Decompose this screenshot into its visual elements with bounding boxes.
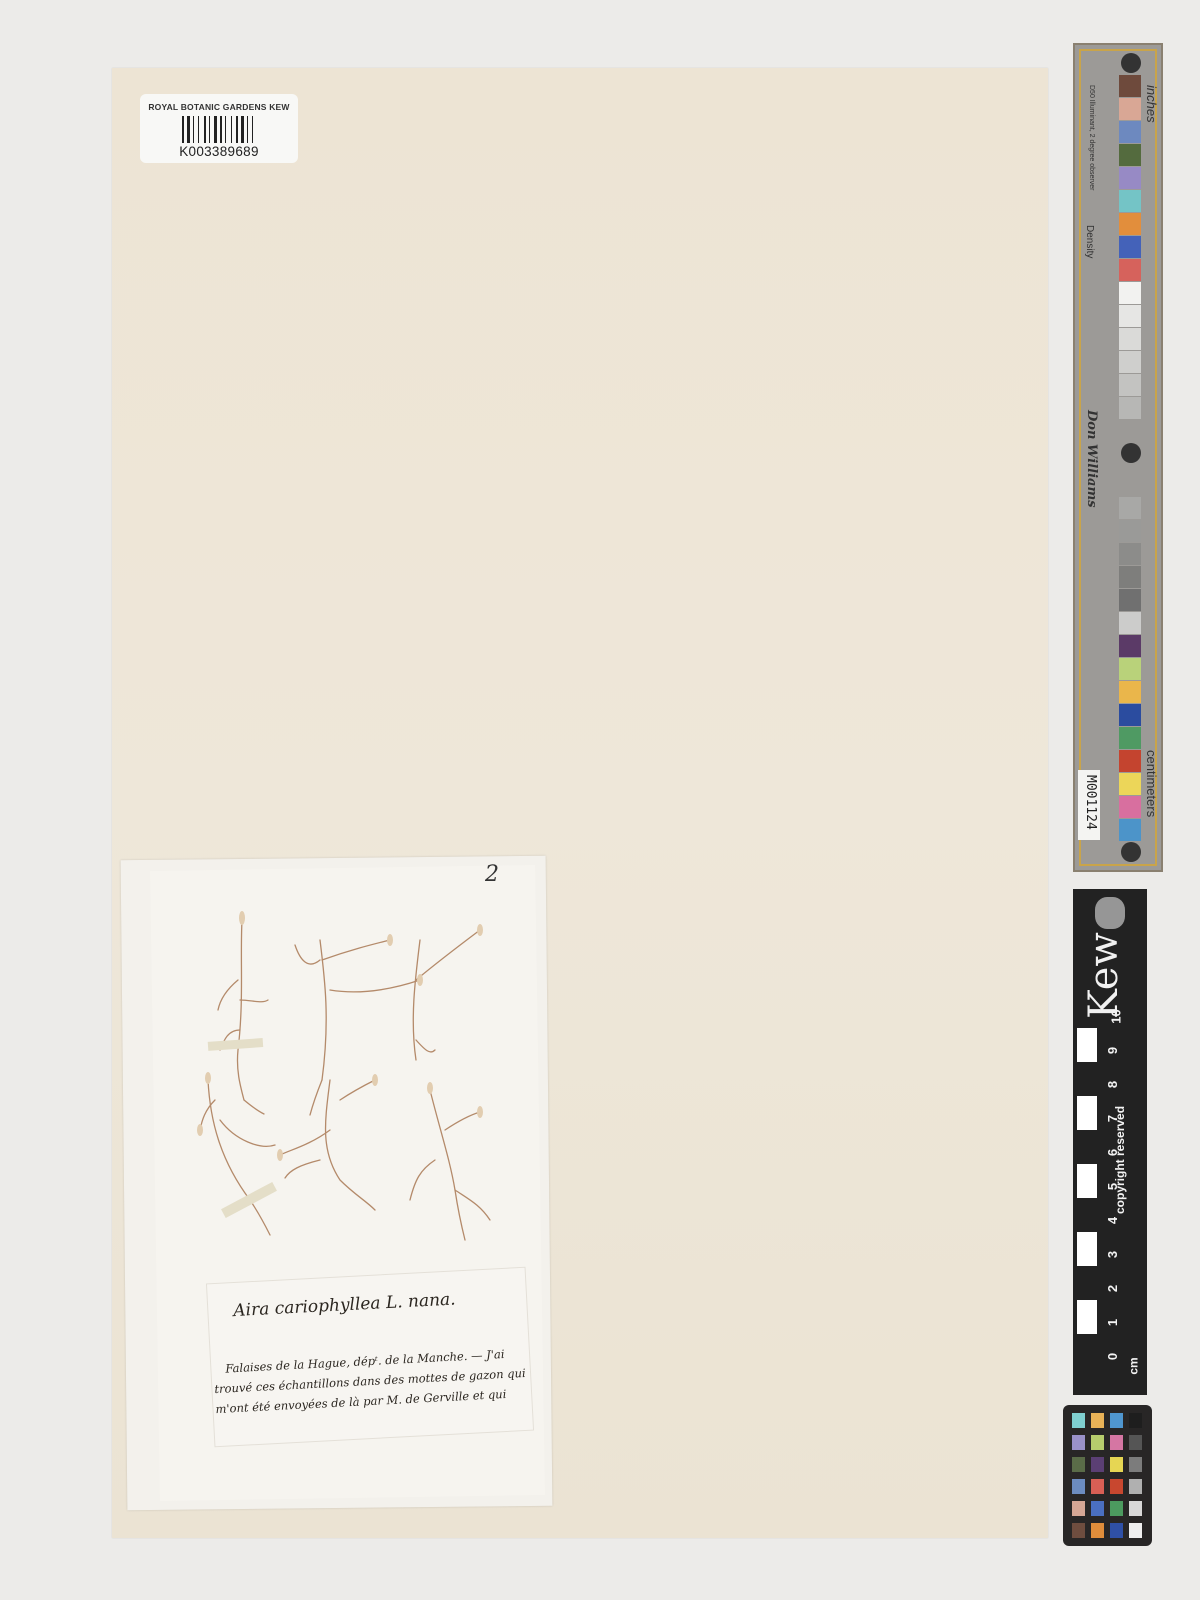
barcode-icon [167,116,271,143]
color-chip [1110,1435,1123,1450]
ruler-color-swatch [1119,727,1141,749]
cm-tick-label: 9 [1105,1047,1120,1054]
color-chip [1072,1435,1085,1450]
ruler-color-swatch [1119,305,1141,327]
density-label: Density [1084,225,1095,258]
ruler-color-swatch [1119,589,1141,611]
color-chip [1072,1457,1085,1472]
inches-label: inches [1144,85,1159,123]
color-chip [1129,1501,1142,1516]
ruler-color-swatch [1119,328,1141,350]
cm-tick-label: 4 [1105,1217,1120,1224]
ruler-color-swatch [1119,635,1141,657]
ruler-color-swatch [1119,704,1141,726]
ruler-id-tag: M001124 [1078,770,1100,840]
color-chip [1091,1501,1104,1516]
ruler-color-swatch [1119,144,1141,166]
ruler-color-swatch [1119,612,1141,634]
ruler-color-swatch [1119,121,1141,143]
color-chip [1072,1523,1085,1538]
ruler-color-swatch [1119,819,1141,841]
color-chip [1110,1501,1123,1516]
color-chip [1091,1413,1104,1428]
ruler-color-swatch [1119,213,1141,235]
color-chip [1110,1413,1123,1428]
ruler-color-swatch [1119,796,1141,818]
cm-tick-label: 10 [1109,1009,1124,1023]
kew-scale-bar: Kew copyright reserved 012345678910 cm [1073,889,1147,1395]
ruler-color-swatch [1119,374,1141,396]
color-chip [1091,1523,1104,1538]
ruler-color-swatch [1119,773,1141,795]
color-chip [1072,1501,1085,1516]
institution-name: ROYAL BOTANIC GARDENS KEW [140,102,298,112]
ruler-color-swatch [1119,282,1141,304]
color-chip [1072,1413,1085,1428]
ruler-color-swatch [1119,75,1141,97]
color-chip [1129,1523,1142,1538]
sheet-number: 2 [485,862,499,887]
color-chip [1129,1413,1142,1428]
color-chip [1129,1457,1142,1472]
kew-crest-icon [1095,897,1125,929]
ruler-hole-icon [1121,53,1141,73]
ruler-color-swatch [1119,236,1141,258]
color-chip [1072,1479,1085,1494]
centimeters-label: centimeters [1144,750,1159,817]
color-checker-card [1063,1405,1152,1546]
ruler-color-swatch [1119,658,1141,680]
color-chip [1091,1457,1104,1472]
barcode-number: K003389689 [140,144,298,159]
cm-tick-label: 2 [1105,1285,1120,1292]
ruler-color-swatch [1119,681,1141,703]
color-chip [1129,1479,1142,1494]
ruler-color-swatch [1119,566,1141,588]
ruler-color-swatch [1119,190,1141,212]
color-density-ruler: inches centimeters Don Williams D50 Illu… [1073,43,1163,872]
cm-tick-label: 3 [1105,1251,1120,1258]
color-chip [1091,1435,1104,1450]
ruler-hole-icon [1121,443,1141,463]
ruler-color-swatch [1119,497,1141,519]
ruler-color-swatch [1119,351,1141,373]
ruler-color-swatch [1119,259,1141,281]
pressed-grass-specimens-icon [180,900,520,1260]
ruler-color-swatch [1119,543,1141,565]
ruler-color-swatch [1119,520,1141,542]
taxon-name: Aira cariophyllea L. nana. [233,1289,456,1321]
color-chip [1129,1435,1142,1450]
barcode-label: ROYAL BOTANIC GARDENS KEW K003389689 [140,94,298,163]
ruler-hole-icon [1121,842,1141,862]
cm-tick-label: 0 [1105,1353,1120,1360]
color-chip [1091,1479,1104,1494]
cm-tick-label: 1 [1105,1319,1120,1326]
color-chip [1110,1479,1123,1494]
kew-logo: Kew [1081,932,1127,1019]
illuminant-caption: D50 Illuminant, 2 degree observer [1088,85,1095,190]
cm-unit-label: cm [1127,1357,1141,1374]
copyright-text: copyright reserved [1113,1106,1127,1214]
color-chip [1110,1457,1123,1472]
cm-tick-label: 8 [1105,1081,1120,1088]
ruler-color-swatch [1119,397,1141,419]
color-chip [1110,1523,1123,1538]
ruler-color-swatch [1119,750,1141,772]
ruler-color-swatch [1119,98,1141,120]
ruler-color-swatch [1119,167,1141,189]
cm-tick-label: 5 [1105,1183,1120,1190]
maker-label: Don Williams [1084,410,1099,508]
cm-tick-label: 6 [1105,1149,1120,1156]
cm-tick-label: 7 [1105,1115,1120,1122]
handwritten-label: Aira cariophyllea L. nana. Falaises de l… [206,1267,534,1448]
